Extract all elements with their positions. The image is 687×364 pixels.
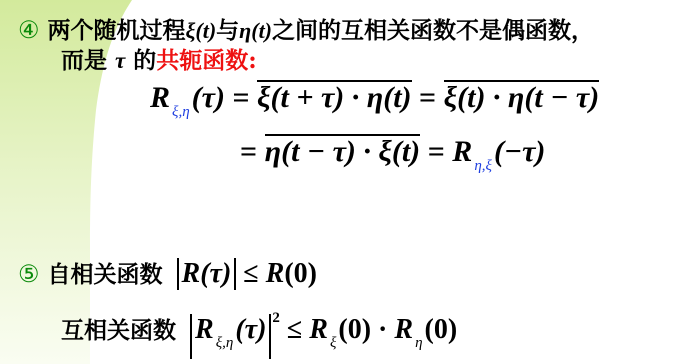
formula-cross-correlation-line1: Rξ,η(τ) = ξ(t + τ) · η(t) = ξ(t) · η(t −…	[150, 80, 599, 121]
auto-correlation-label: 自相关函数	[48, 261, 163, 288]
rhs-eta-subscript: η	[415, 335, 422, 351]
rhs-R-eta: R	[394, 314, 413, 345]
formula2-subscript: η,ξ	[474, 158, 492, 174]
formula2-eq2: =	[420, 135, 452, 168]
item4-line2-text-b: 的	[125, 47, 156, 74]
formula2-overline-expr: η(t − τ) · ξ(t)	[265, 134, 421, 167]
formula-cross-correlation-line2: = η(t − τ) · ξ(t) = Rη,ξ(−τ)	[240, 134, 545, 175]
cross-arg: (τ)	[235, 314, 266, 345]
rhs-xi-subscript: ξ	[330, 335, 336, 351]
cross-power: 2	[272, 310, 280, 326]
item4-line1: ④两个随机过程ξ(t)与η(t)之间的互相关函数不是偶函数，	[18, 12, 594, 45]
conjugate-function-highlight: 共轭函数	[156, 47, 248, 74]
rhs-dot: ·	[371, 314, 394, 345]
tau-symbol: τ	[115, 48, 125, 73]
item4-text-c: 之间的互相关函数不是偶函数，	[272, 17, 594, 44]
eta-of-t: η(t)	[239, 18, 272, 43]
formula1-overline-expr1: ξ(t + τ) · η(t)	[257, 80, 411, 113]
formula1-arg: (τ)	[192, 81, 225, 114]
auto-rhs-arg: (0)	[284, 258, 317, 289]
item4-text-a: 两个随机过程	[48, 17, 186, 44]
item5-cross-correlation-line: 互相关函数Rξ,η(τ)2 ≤ Rξ(0) · Rη(0)	[61, 310, 457, 359]
item4-number-marker: ④	[18, 16, 40, 44]
item4-text-b: 与	[216, 17, 239, 44]
item4-line2-text-a: 而是	[61, 47, 115, 74]
xi-of-t: ξ(t)	[186, 18, 217, 43]
item5-number-marker: ⑤	[18, 260, 40, 288]
item5-auto-correlation-line: ⑤自相关函数R(τ) ≤ R(0)	[18, 256, 317, 290]
cross-subscript: ξ,η	[216, 335, 234, 351]
auto-R: R	[182, 258, 201, 289]
auto-rhs-R: R	[266, 258, 285, 289]
colon: :	[248, 47, 257, 74]
abs-R-xi-eta-tau: Rξ,η(τ)	[190, 314, 271, 359]
formula1-R: R	[150, 81, 170, 114]
rhs-R-xi: R	[309, 314, 328, 345]
cross-correlation-label: 互相关函数	[61, 317, 176, 344]
cross-R: R	[195, 314, 214, 345]
auto-leq: ≤	[236, 258, 265, 289]
formula1-overline-expr2: ξ(t) · η(t − τ)	[444, 80, 600, 113]
slide-content: ④两个随机过程ξ(t)与η(t)之间的互相关函数不是偶函数， 而是 τ 的共轭函…	[0, 0, 687, 364]
rhs-xi-arg: (0)	[338, 314, 371, 345]
formula1-eq1: =	[225, 81, 257, 114]
auto-arg: (τ)	[200, 258, 231, 289]
rhs-eta-arg: (0)	[425, 314, 458, 345]
formula1-subscript: ξ,η	[172, 104, 190, 120]
abs-R-tau: R(τ)	[177, 258, 237, 290]
formula2-eq1: =	[240, 135, 265, 168]
formula1-eq2: =	[412, 81, 444, 114]
cross-leq: ≤	[280, 314, 309, 345]
formula2-R: R	[452, 135, 472, 168]
formula2-arg: (−τ)	[494, 135, 545, 168]
item4-line2: 而是 τ 的共轭函数:	[61, 42, 257, 75]
